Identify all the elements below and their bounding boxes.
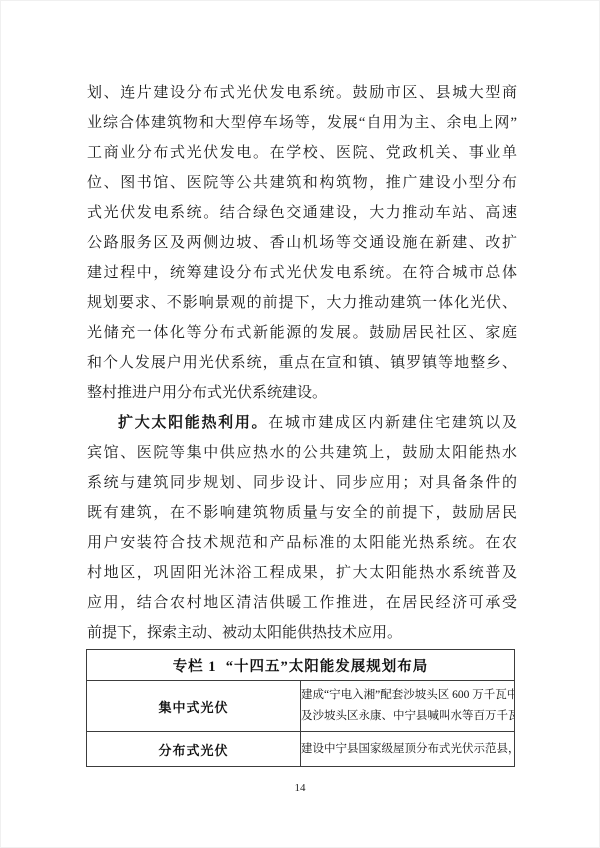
paragraph-lead-bold: 扩大太阳能热利用。	[118, 415, 268, 431]
row-label-centralized-pv: 集中式光伏	[87, 681, 301, 732]
body-text-line: 规划要求、不影响景观的前提下，大力推动建筑一体化光伏、	[87, 288, 517, 318]
body-text-line: 村地区，巩固阳光沐浴工程成果，扩大太阳能热水系统普及	[87, 558, 517, 588]
body-text-line: 建过程中，统筹建设分布式光伏发电系统。在符合城市总体	[87, 258, 517, 288]
body-text-line: 式光伏发电系统。结合绿色交通建设，大力推动车站、高速	[87, 198, 517, 228]
table-content-line: 建设中宁县国家级屋顶分布式光伏示范县，建设沙坡头区、海	[301, 739, 514, 760]
body-text-line: 整村推进户用分布式光伏系统建设。	[87, 378, 517, 408]
body-text-line: 系统与建筑同步规划、同步设计、同步应用；对具备条件的	[87, 468, 517, 498]
body-text-line: 应用，结合农村地区清洁供暖工作推进，在居民经济可承受	[87, 588, 517, 618]
table-title: 专栏 1 “十四五”太阳能发展规划布局	[87, 650, 515, 681]
body-text-line: 光储充一体化等分布式新能源的发展。鼓励居民社区、家庭	[87, 318, 517, 348]
row-content: 建成“宁电入湘”配套沙坡头区 600 万千瓦中卫沙漠光伏基地 及沙坡头区永康、中…	[301, 681, 515, 732]
row-label-distributed-pv: 分布式光伏	[87, 732, 301, 767]
body-text-line: 公路服务区及两侧边坡、香山机场等交通设施在新建、改扩	[87, 228, 517, 258]
document-page: 划、连片建设分布式光伏发电系统。鼓励市区、县城大型商 业综合体建筑物和大型停车场…	[0, 0, 600, 848]
body-text-line: 宾馆、医院等集中供应热水的公共建筑上，鼓励太阳能热水	[87, 438, 517, 468]
body-text-line: 和个人发展户用光伏系统，重点在宣和镇、镇罗镇等地整乡、	[87, 348, 517, 378]
body-text-line: 既有建筑，在不影响建筑物质量与安全的前提下，鼓励居民	[87, 498, 517, 528]
body-text-line: 划、连片建设分布式光伏发电系统。鼓励市区、县城大型商	[87, 78, 517, 108]
table-row: 分布式光伏 建设中宁县国家级屋顶分布式光伏示范县，建设沙坡头区、海	[87, 732, 515, 767]
row-content: 建设中宁县国家级屋顶分布式光伏示范县，建设沙坡头区、海	[301, 732, 515, 767]
body-text-line: 用户安装符合技术规范和产品标准的太阳能光热系统。在农	[87, 528, 517, 558]
body-text-line: 前提下，探索主动、被动太阳能供热技术应用。	[87, 618, 517, 648]
page-number: 14	[1, 782, 599, 794]
table-row: 集中式光伏 建成“宁电入湘”配套沙坡头区 600 万千瓦中卫沙漠光伏基地 及沙坡…	[87, 681, 515, 732]
paragraph-first-line: 扩大太阳能热利用。在城市建成区内新建住宅建筑以及	[87, 408, 517, 438]
paragraph-lead-rest: 在城市建成区内新建住宅建筑以及	[268, 415, 517, 431]
body-text-line: 工商业分布式光伏发电。在学校、医院、党政机关、事业单	[87, 138, 517, 168]
table-content-line: 及沙坡头区永康、中宁县喊叫水等百万千瓦光伏平价基地项目。	[301, 706, 514, 727]
body-text-line: 业综合体建筑物和大型停车场等，发展“自用为主、余电上网”	[87, 108, 517, 138]
body-text: 划、连片建设分布式光伏发电系统。鼓励市区、县城大型商 业综合体建筑物和大型停车场…	[87, 78, 517, 648]
table-content-line: 建成“宁电入湘”配套沙坡头区 600 万千瓦中卫沙漠光伏基地	[301, 685, 514, 706]
table-title-row: 专栏 1 “十四五”太阳能发展规划布局	[87, 650, 515, 681]
solar-plan-table: 专栏 1 “十四五”太阳能发展规划布局 集中式光伏 建成“宁电入湘”配套沙坡头区…	[86, 649, 515, 767]
body-text-line: 位、图书馆、医院等公共建筑和构筑物，推广建设小型分布	[87, 168, 517, 198]
